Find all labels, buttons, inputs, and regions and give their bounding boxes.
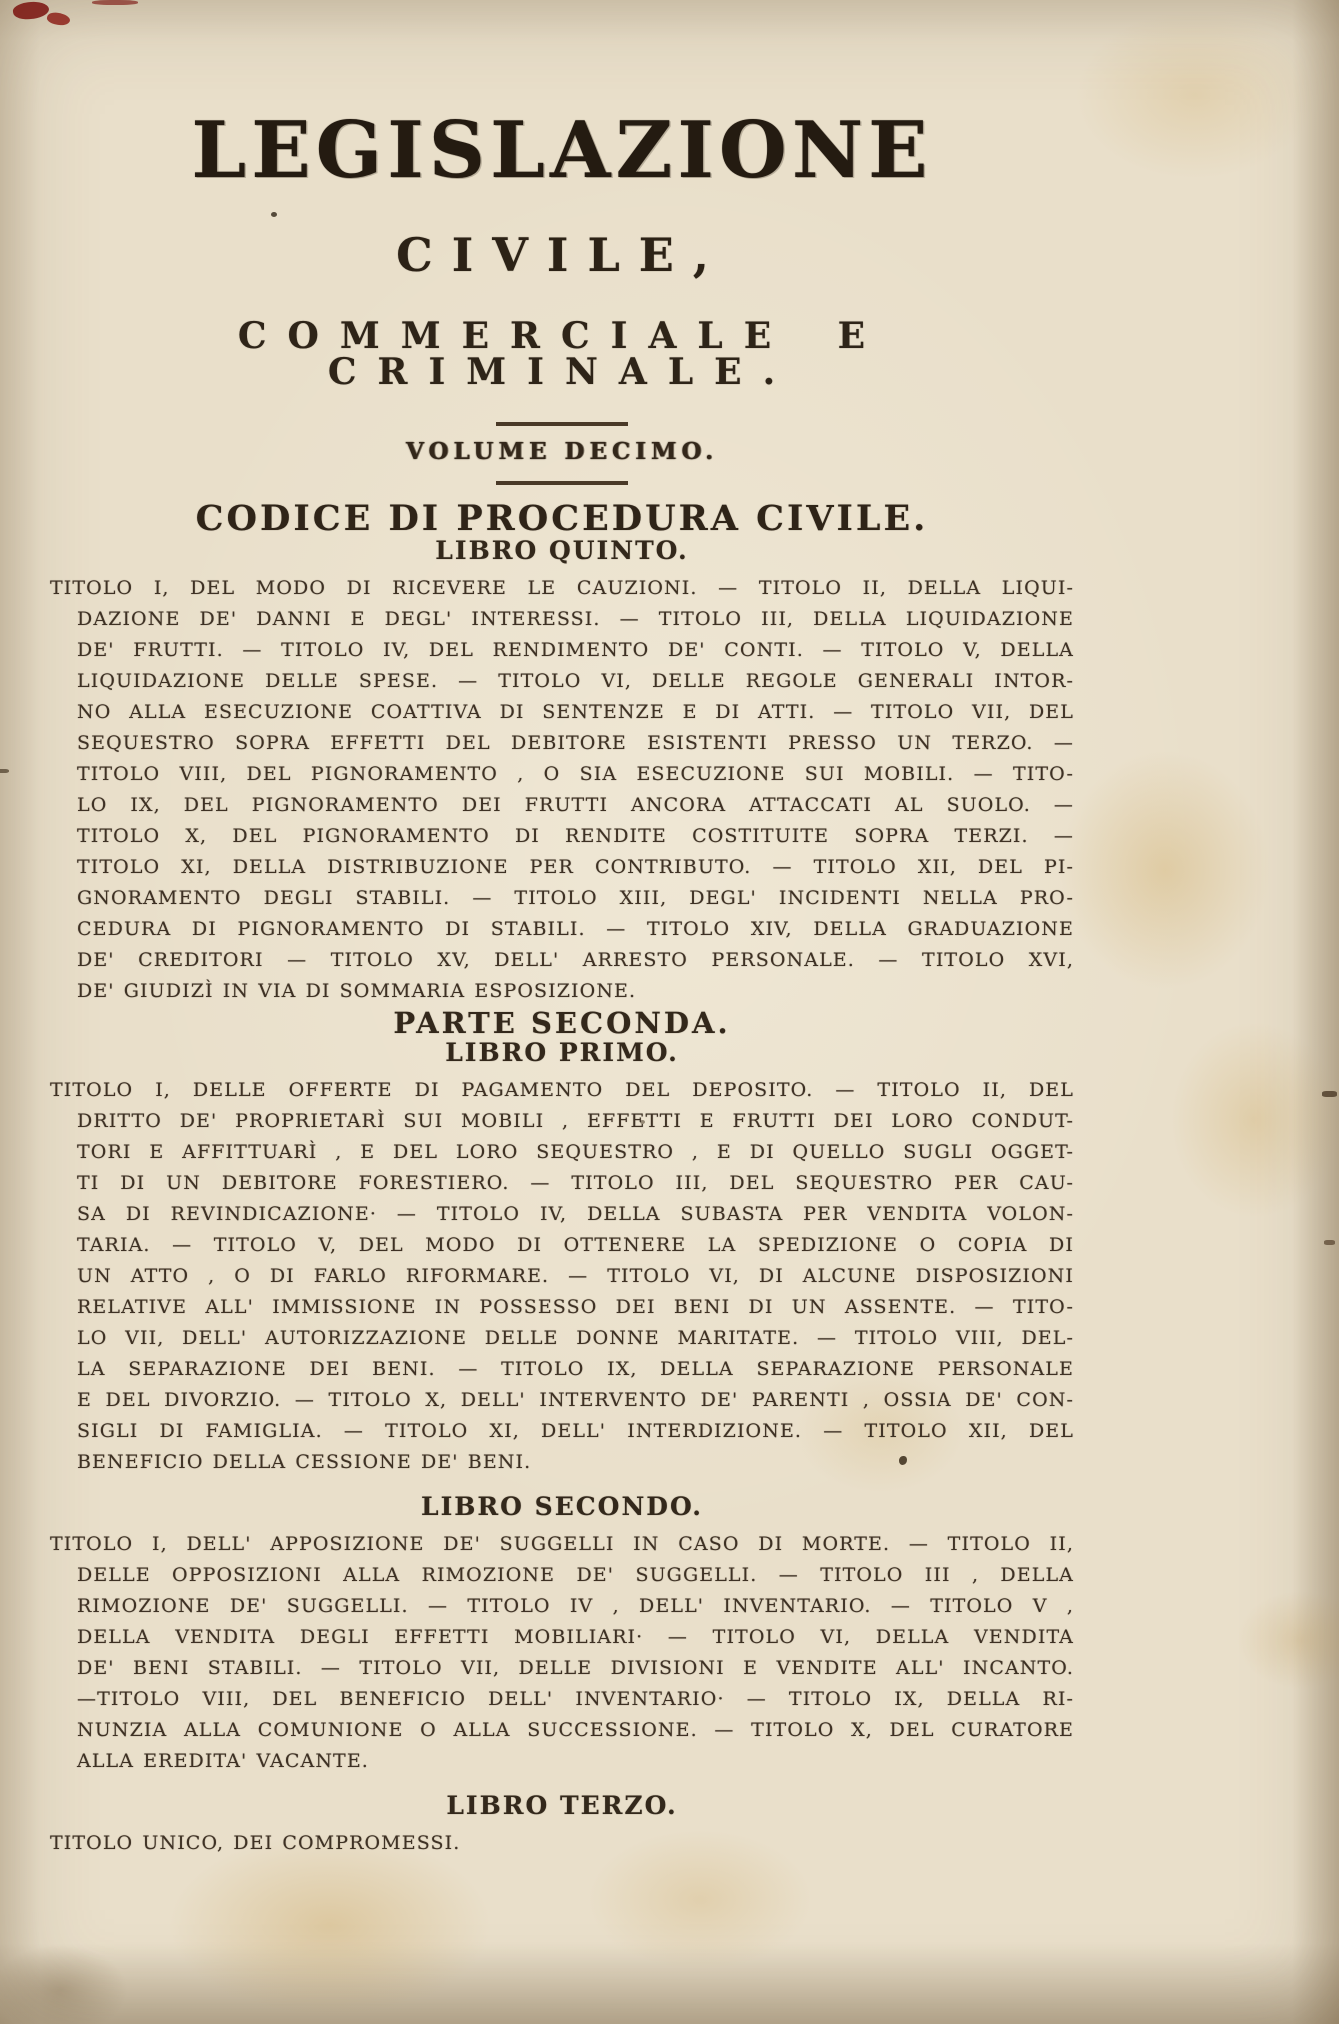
book-subtitle-2: COMMERCIALE E CRIMINALE. — [50, 318, 1074, 390]
section-heading-libro-secondo: LIBRO SECONDO. — [50, 1494, 1074, 1519]
toc-line: DELLE OPPOSIZIONI ALLA RIMOZIONE DE' SUG… — [50, 1560, 1074, 1591]
red-ink-mark — [12, 0, 50, 21]
section-heading-libro-quinto: LIBRO QUINTO. — [50, 538, 1074, 563]
page-edge-mark — [1322, 1091, 1337, 1097]
scanned-book-page: LEGISLAZIONE CIVILE, COMMERCIALE E CRIMI… — [0, 0, 1339, 2024]
toc-line: RELATIVE ALL' IMMISSIONE IN POSSESSO DEI… — [50, 1292, 1074, 1323]
divider-rule — [496, 481, 628, 485]
toc-line: NO ALLA ESECUZIONE COATTIVA DI SENTENZE … — [50, 697, 1074, 728]
toc-line: DAZIONE DE' DANNI E DEGL' INTERESSI. — T… — [50, 604, 1074, 635]
toc-paragraph-libro-quinto: TITOLO I, DEL MODO DI RICEVERE LE CAUZIO… — [50, 573, 1074, 1007]
toc-line: TITOLO I, DELL' APPOSIZIONE DE' SUGGELLI… — [50, 1529, 1074, 1560]
toc-paragraph-libro-terzo: TITOLO UNICO, DEI COMPROMESSI. — [50, 1828, 1074, 1859]
toc-line: TITOLO I, DEL MODO DI RICEVERE LE CAUZIO… — [50, 573, 1074, 604]
toc-line: TI DI UN DEBITORE FORESTIERO. — TITOLO I… — [50, 1168, 1074, 1199]
code-title: CODICE DI PROCEDURA CIVILE. — [50, 501, 1074, 536]
toc-paragraph-libro-primo: TITOLO I, DELLE OFFERTE DI PAGAMENTO DEL… — [50, 1075, 1074, 1478]
toc-line: ALLA EREDITA' VACANTE. — [50, 1746, 1074, 1777]
toc-line: RIMOZIONE DE' SUGGELLI. — TITOLO IV , DE… — [50, 1591, 1074, 1622]
toc-line: DE' BENI STABILI. — TITOLO VII, DELLE DI… — [50, 1653, 1074, 1684]
toc-line: TORI E AFFITTUARÌ , E DEL LORO SEQUESTRO… — [50, 1137, 1074, 1168]
page-edge-mark — [0, 769, 9, 773]
toc-line: TITOLO I, DELLE OFFERTE DI PAGAMENTO DEL… — [50, 1075, 1074, 1106]
toc-line: TITOLO XI, DELLA DISTRIBUZIONE PER CONTR… — [50, 852, 1074, 883]
page-edge-mark — [1324, 1240, 1335, 1245]
toc-line: TARIA. — TITOLO V, DEL MODO DI OTTENERE … — [50, 1230, 1074, 1261]
toc-line: SA DI REVINDICAZIONE· — TITOLO IV, DELLA… — [50, 1199, 1074, 1230]
toc-line: E DEL DIVORZIO. — TITOLO X, DELL' INTERV… — [50, 1385, 1074, 1416]
toc-line: UN ATTO , O DI FARLO RIFORMARE. — TITOLO… — [50, 1261, 1074, 1292]
book-title: LEGISLAZIONE — [50, 112, 1074, 190]
toc-line: DELLA VENDITA DEGLI EFFETTI MOBILIARI· —… — [50, 1622, 1074, 1653]
divider-rule — [496, 422, 628, 426]
volume-label: VOLUME DECIMO. — [50, 440, 1074, 463]
toc-line: LIQUIDAZIONE DELLE SPESE. — TITOLO VI, D… — [50, 666, 1074, 697]
toc-line: DE' FRUTTI. — TITOLO IV, DEL RENDIMENTO … — [50, 635, 1074, 666]
toc-paragraph-libro-secondo: TITOLO I, DELL' APPOSIZIONE DE' SUGGELLI… — [50, 1529, 1074, 1777]
toc-line: SIGLI DI FAMIGLIA. — TITOLO XI, DELL' IN… — [50, 1416, 1074, 1447]
toc-line: DE' GIUDIZÌ IN VIA DI SOMMARIA ESPOSIZIO… — [50, 976, 1074, 1007]
toc-line: GNORAMENTO DEGLI STABILI. — TITOLO XIII,… — [50, 883, 1074, 914]
section-heading-parte-seconda: PARTE SECONDA. — [50, 1009, 1074, 1038]
toc-line: LO VII, DELL' AUTORIZZAZIONE DELLE DONNE… — [50, 1323, 1074, 1354]
toc-line: —TITOLO VIII, DEL BENEFICIO DELL' INVENT… — [50, 1684, 1074, 1715]
section-heading-libro-terzo: LIBRO TERZO. — [50, 1793, 1074, 1818]
section-heading-libro-primo: LIBRO PRIMO. — [50, 1040, 1074, 1065]
toc-line: TITOLO VIII, DEL PIGNORAMENTO , O SIA ES… — [50, 759, 1074, 790]
toc-line: BENEFICIO DELLA CESSIONE DE' BENI. — [50, 1447, 1074, 1478]
toc-line: TITOLO UNICO, DEI COMPROMESSI. — [50, 1828, 1074, 1859]
toc-line: CEDURA DI PIGNORAMENTO DI STABILI. — TIT… — [50, 914, 1074, 945]
text-column: LEGISLAZIONE CIVILE, COMMERCIALE E CRIMI… — [50, 0, 1074, 1859]
toc-line: SEQUESTRO SOPRA EFFETTI DEL DEBITORE ESI… — [50, 728, 1074, 759]
toc-line: DE' CREDITORI — TITOLO XV, DELL' ARRESTO… — [50, 945, 1074, 976]
toc-line: LA SEPARAZIONE DEI BENI. — TITOLO IX, DE… — [50, 1354, 1074, 1385]
book-subtitle: CIVILE, — [50, 232, 1074, 278]
toc-line: LO IX, DEL PIGNORAMENTO DEI FRUTTI ANCOR… — [50, 790, 1074, 821]
toc-line: NUNZIA ALLA COMUNIONE O ALLA SUCCESSIONE… — [50, 1715, 1074, 1746]
toc-line: DRITTO DE' PROPRIETARÌ SUI MOBILI , EFFE… — [50, 1106, 1074, 1137]
toc-line: TITOLO X, DEL PIGNORAMENTO DI RENDITE CO… — [50, 821, 1074, 852]
